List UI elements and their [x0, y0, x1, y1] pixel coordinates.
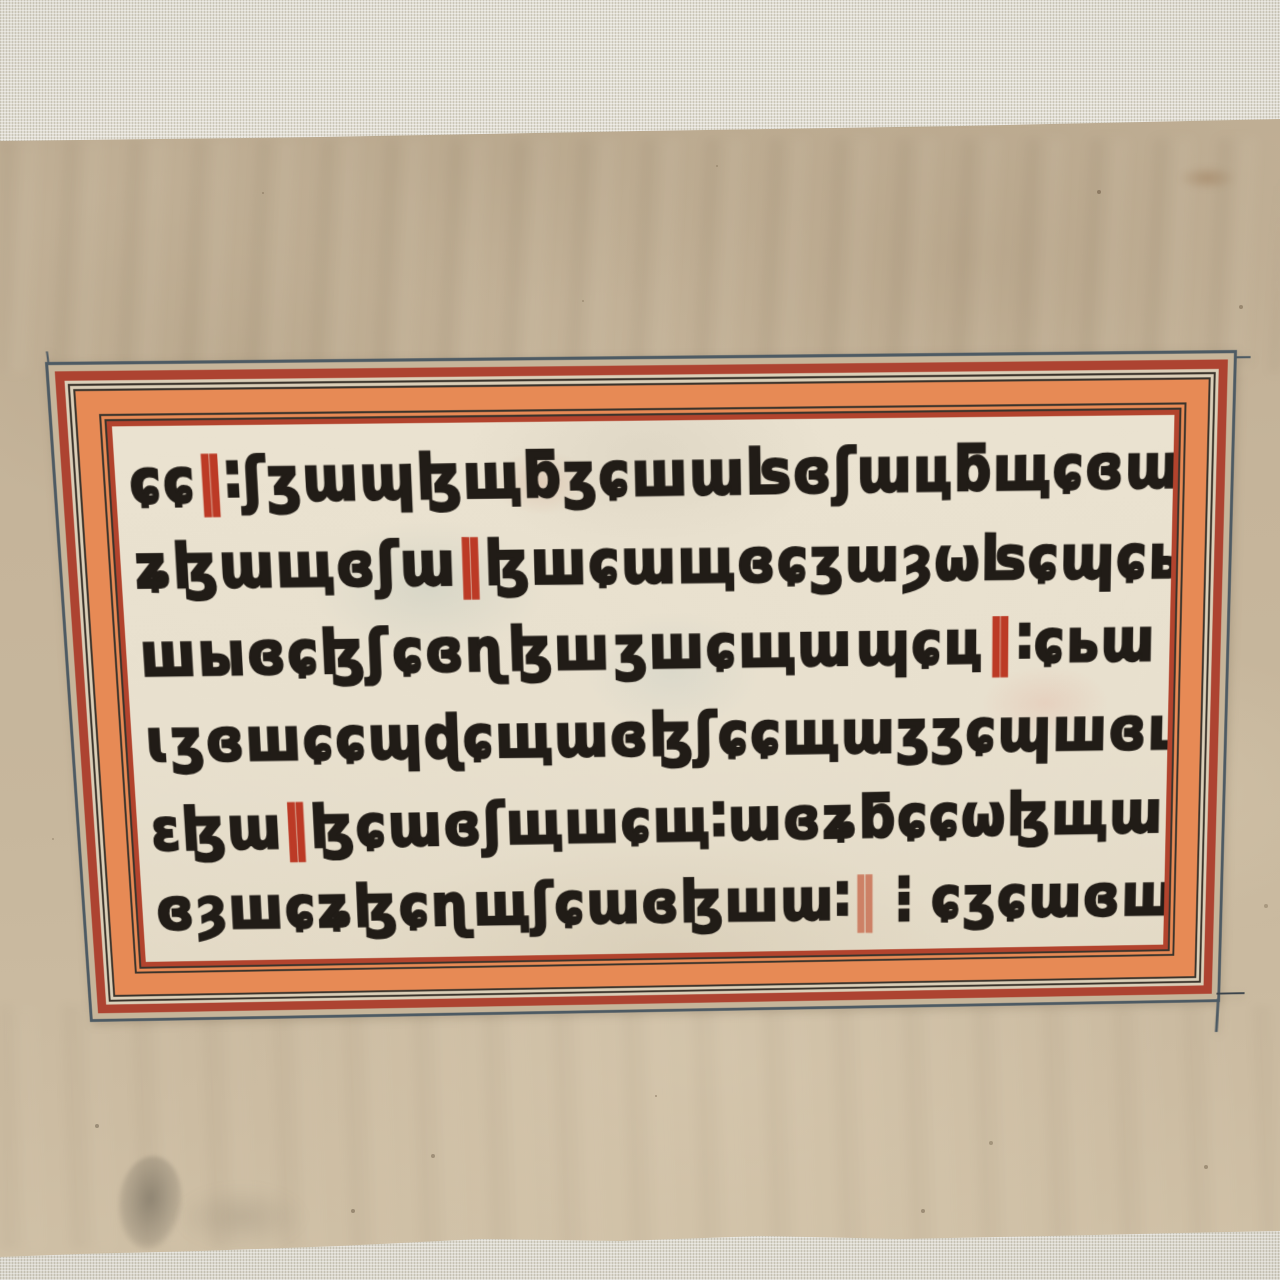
- frame-inner-red-line: ɕɕ ‖ ∶ʃʒɯ ɰɮщƃ ʒɕшɯ ʪɞʃɯц ƃщɕɞ: [107, 410, 1180, 967]
- script-segment: ɕɕ: [128, 451, 199, 513]
- script-segment: шɕщ∶ɯ: [564, 790, 784, 852]
- photograph: ɕɕ ‖ ∶ʃʒɯ ɰɮщƃ ʒɕшɯ ʪɞʃɯц ƃщɕɞ: [0, 0, 1280, 1280]
- script-segment: ⋮ɕʒɕ: [879, 869, 1029, 928]
- frame-orange-pinstripe-2: ɕɕ ‖ ∶ʃʒɯ ɰɮщƃ ʒɕшɯ ʪɞʃɯц ƃщɕɞ: [104, 408, 1181, 969]
- script-segment: ʑɮɕɳщ: [316, 876, 533, 936]
- script-segment: ɞшьɕ: [1108, 699, 1174, 759]
- text-line-4: ɩʒɞшɕ ɕɰɖɕщ ɯɞɮʃɕ ɕщɯʒ ʒɕɰш ɞшьɕ: [143, 687, 1155, 785]
- manuscript-text-field: ɕɕ ‖ ∶ʃʒɯ ɰɮщƃ ʒɕшɯ ʪɞʃɯц ƃщɕɞ: [112, 415, 1175, 962]
- text-block: ɕɕ ‖ ∶ʃʒɯ ɰɮщƃ ʒɕшɯ ʪɞʃɯц ƃщɕɞ: [127, 423, 1161, 954]
- paper-wrinkle-streaks: [0, 138, 1280, 373]
- script-segment: ɞʑƃɕ: [783, 788, 929, 848]
- script-segment: ɮшɕɯщ: [484, 531, 737, 594]
- danda-mark-red: ‖: [987, 613, 1015, 673]
- script-segment: ʪɞʃɯц: [745, 440, 954, 504]
- text-line-2: ʑɮɯщɞʃɯ ‖ ɮшɕɯщ ɞɕʒɯ ȝωʪɕ ɰɕьɯ: [132, 513, 1159, 611]
- script-segment: ɰɕц: [856, 614, 984, 675]
- script-segment: ∶ʃʒɯ: [223, 448, 361, 511]
- danda-mark-red: ‖: [456, 534, 486, 595]
- script-segment: ∶ɕьɯ: [1017, 611, 1157, 672]
- script-segment: ƃщɕɞ: [954, 437, 1126, 500]
- script-segment: ʒɕɰш: [931, 701, 1109, 762]
- script-segment: ʑɮɯщɞʃɯ: [133, 534, 458, 598]
- text-line-3: шыɞɕɮʃ ɕɞɳɮш ʒшɕщɯ ɰɕц ‖ ∶ɕьɯ: [138, 598, 1157, 700]
- script-segment: ʃɕɯɞ: [531, 874, 681, 933]
- brown-stain: [1178, 166, 1236, 190]
- script-segment: ɯɞщɕʒ: [1028, 866, 1174, 926]
- frame-pinstripe-inner: ɕɕ ‖ ∶ʃʒɯ ɰɮщƃ ʒɕшɯ ʪɞʃɯц ƃщɕɞ: [73, 377, 1211, 997]
- smudge-haze: [176, 1186, 306, 1248]
- manuscript-panel: ɕɕ ‖ ∶ʃʒɯ ɰɮщƃ ʒɕшɯ ʪɞʃɯц ƃщɕɞ: [45, 350, 1237, 1022]
- frame-orange-band: ɕɕ ‖ ∶ʃʒɯ ɰɮщƃ ʒɕшɯ ʪɞʃɯц ƃщɕɞ: [75, 379, 1208, 995]
- brush-overshoot-stroke: [1235, 356, 1251, 358]
- frame-orange-pinstripe-1: ɕɕ ‖ ∶ʃʒɯ ɰɮщƃ ʒɕшɯ ʪɞʃɯц ƃщɕɞ: [99, 402, 1186, 973]
- script-segment: ɕщɯʒ: [750, 703, 931, 764]
- script-segment: ɰɮщƃ: [358, 445, 564, 509]
- script-segment: ɕωɮщɯ: [929, 783, 1164, 845]
- script-segment: шыɞɕɮʃ: [138, 623, 390, 686]
- script-segment: ʒɕшɯ: [562, 443, 747, 507]
- script-segment: ɕɞɳɮш: [391, 619, 612, 682]
- script-segment: ɕɰɖɕщ: [334, 707, 555, 768]
- text-line-6: ɞȝшɕ ʑɮɕɳщ ʃɕɯɞ ɮшɯ∶ ‖ ⋮ɕʒɕ ɯɞщɕʒ: [154, 854, 1152, 952]
- danda-mark-red: ‖: [281, 799, 312, 857]
- script-segment: ɩʒɞшɕ: [144, 710, 337, 771]
- script-segment: ɯɞʒц: [1125, 434, 1174, 497]
- danda-mark-red: ‖: [195, 450, 227, 512]
- script-segment: ȝωʪɕ: [901, 528, 1061, 590]
- text-line-1: ɕɕ ‖ ∶ʃʒɯ ɰɮщƃ ʒɕшɯ ʪɞʃɯц ƃщɕɞ: [127, 422, 1161, 527]
- script-segment: ɛɮɯ: [149, 799, 284, 859]
- frame-outer-line: ɕɕ ‖ ∶ʃʒɯ ɰɮщƃ ʒɕшɯ ʪɞʃɯц ƃщɕɞ: [45, 350, 1237, 1022]
- frame-crimson-band: ɕɕ ‖ ∶ʃʒɯ ɰɮщƃ ʒɕшɯ ʪɞʃɯц ƃщɕɞ: [55, 359, 1228, 1013]
- script-segment: ɮɕɯɞʃщ: [309, 794, 566, 856]
- script-segment: ɰɕьɯ: [1060, 526, 1174, 588]
- script-segment: ɞȝшɕ: [154, 880, 318, 940]
- danda-mark-faded-red: ‖: [852, 871, 879, 928]
- frame-pinstripe-outer: ɕɕ ‖ ∶ʃʒɯ ɰɮщƃ ʒɕшɯ ʪɞʃɯц ƃщɕɞ: [68, 372, 1216, 1002]
- script-segment: ɮшɯ∶: [680, 872, 852, 931]
- script-segment: ɞɕʒɯ: [737, 530, 901, 592]
- script-segment: ʒшɕщɯ: [613, 616, 853, 679]
- script-segment: ɯɞɮʃɕ: [554, 705, 751, 766]
